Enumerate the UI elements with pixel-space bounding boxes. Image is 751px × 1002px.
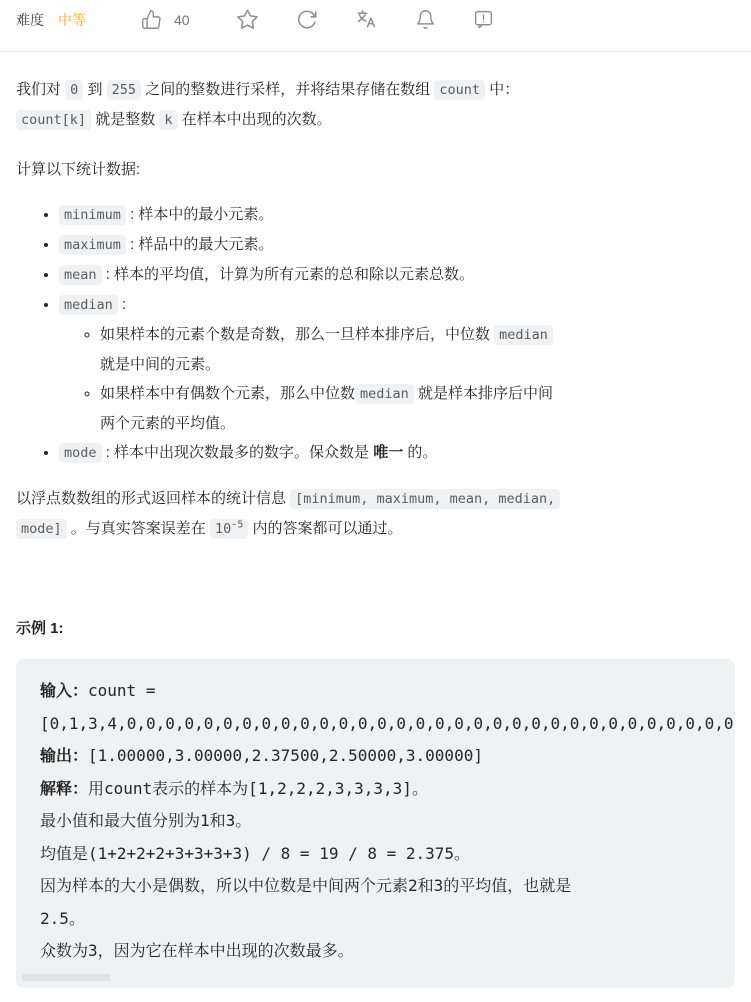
intro-text: 到 (83, 81, 106, 98)
code-text: [0,1,3,4,0,0,0,0,0,0,0,0,0,0,0,0,0,0,0,0… (40, 714, 735, 733)
difficulty-badge[interactable]: 中等 (58, 10, 86, 30)
intro-paragraph: 我们对 0 到 255 之间的整数进行采样，并将结果存储在数组 count 中：… (16, 75, 735, 135)
inline-code-return-array-part2: mode] (16, 519, 67, 539)
code-text: 众数为3，因为它在样本中出现的次数最多。 (40, 941, 354, 960)
code-line-mean: 均值是(1+2+2+2+3+3+3+3) / 8 = 19 / 8 = 2.37… (40, 838, 711, 871)
feedback-button[interactable] (473, 9, 494, 30)
list-item-maximum: maximum : 样品中的最大元素。 (59, 230, 735, 260)
translate-button[interactable] (355, 8, 378, 31)
problem-topbar: 难度 中等 40 (0, 0, 751, 52)
inline-code-mode: mode (59, 443, 102, 463)
like-button[interactable]: 40 (141, 9, 190, 30)
return-text: 。与真实答案误差在 (67, 520, 210, 537)
unique-bold-text: 唯一 (373, 444, 403, 461)
code-text: count = (88, 681, 165, 700)
list-item-text: 的。 (403, 444, 437, 461)
return-paragraph: 以浮点数数组的形式返回样本的统计信息 [minimum, maximum, me… (16, 484, 735, 544)
code-line-median-1: 因为样本的大小是偶数，所以中位数是中间两个元素2和3的平均值，也就是 (40, 870, 711, 903)
list-item-text: 如果样本中有偶数个元素，那么中位数 (100, 385, 355, 402)
code-line-minmax: 最小值和最大值分别为1和3。 (40, 805, 711, 838)
input-label: 输入： (40, 681, 88, 700)
inline-code-median: median (494, 325, 553, 345)
list-item-text: : 样本的平均值，计算为所有元素的总和除以元素总数。 (102, 266, 475, 283)
problem-description: 我们对 0 到 255 之间的整数进行采样，并将结果存储在数组 count 中：… (0, 75, 751, 1002)
favorite-button[interactable] (236, 8, 259, 31)
inline-code-median: median (355, 384, 414, 404)
list-item-text: : (118, 296, 126, 313)
inline-code-maximum: maximum (59, 235, 126, 255)
intro-text: 中： (485, 81, 519, 98)
inline-code-0: 0 (65, 80, 83, 100)
inline-code-tolerance: 10-5 (210, 519, 248, 539)
inline-code-mean: mean (59, 265, 102, 285)
star-icon (236, 8, 259, 31)
refresh-icon (296, 9, 318, 31)
horizontal-scrollbar-thumb[interactable] (22, 974, 110, 981)
list-item-text: 两个元素的平均值。 (100, 415, 235, 432)
return-text: 内的答案都可以通过。 (248, 520, 402, 537)
code-line-explanation: 解释：用count表示的样本为[1,2,2,2,3,3,3,3]。 (40, 773, 711, 806)
feedback-icon (473, 9, 494, 30)
inline-code-minimum: minimum (59, 205, 126, 225)
code-line-mode: 众数为3，因为它在样本中出现的次数最多。 (40, 935, 711, 968)
inline-code-count-k: count[k] (16, 110, 91, 130)
list-item-mean: mean : 样本的平均值，计算为所有元素的总和除以元素总数。 (59, 260, 735, 290)
stats-list: minimum : 样本中的最小元素。 maximum : 样品中的最大元素。 … (16, 200, 735, 468)
inline-code-median: median (59, 295, 118, 315)
intro-text: 之间的整数进行采样，并将结果存储在数组 (141, 81, 434, 98)
example-1-code-block: 输入：count = [0,1,3,4,0,0,0,0,0,0,0,0,0,0,… (16, 659, 735, 988)
tolerance-exponent: -5 (231, 520, 243, 531)
list-item-text: : 样本中出现次数最多的数字。保众数是 (102, 444, 374, 461)
code-line-input: 输入：count = (40, 675, 711, 708)
difficulty-label: 难度 (16, 10, 44, 30)
list-item-median: median : 如果样本的元素个数是奇数，那么一旦样本排序后，中位数 medi… (59, 290, 735, 438)
notifications-button[interactable] (415, 9, 436, 30)
code-text: 因为样本的大小是偶数，所以中位数是中间两个元素2和3的平均值，也就是 (40, 876, 571, 895)
median-sublist: 如果样本的元素个数是奇数，那么一旦样本排序后，中位数 median就是中间的元素… (59, 320, 735, 438)
bottom-spacer (16, 988, 735, 1002)
list-item-text: : 样品中的最大元素。 (126, 236, 274, 253)
code-line-output: 输出：[1.00000,3.00000,2.37500,2.50000,3.00… (40, 740, 711, 773)
stats-intro: 计算以下统计数据: (16, 155, 735, 184)
code-text: 均值是(1+2+2+2+3+3+3+3) / 8 = 19 / 8 = 2.37… (40, 844, 470, 863)
inline-code-return-array-part1: [minimum, maximum, mean, median, (290, 489, 560, 509)
example-1-heading: 示例 1: (16, 614, 735, 643)
inline-code-k: k (159, 110, 177, 130)
refresh-button[interactable] (296, 9, 318, 31)
inline-code-255: 255 (107, 80, 141, 100)
code-text: 用count表示的样本为[1,2,2,2,3,3,3,3]。 (88, 779, 428, 798)
list-item-text: 如果样本的元素个数是奇数，那么一旦样本排序后，中位数 (100, 326, 494, 343)
like-count: 40 (174, 12, 190, 28)
intro-text: 我们对 (16, 81, 65, 98)
thumbs-up-icon (141, 9, 162, 30)
list-item-text: 就是中间的元素。 (100, 356, 220, 373)
bell-icon (415, 9, 436, 30)
intro-text: 就是整数 (91, 111, 159, 128)
explanation-label: 解释： (40, 779, 88, 798)
output-label: 输出： (40, 746, 88, 765)
list-item-median-even: 如果样本中有偶数个元素，那么中位数median 就是样本排序后中间两个元素的平均… (100, 379, 735, 438)
list-item-median-odd: 如果样本的元素个数是奇数，那么一旦样本排序后，中位数 median就是中间的元素… (100, 320, 735, 379)
list-item-text: : 样本中的最小元素。 (126, 206, 274, 223)
translate-icon (355, 8, 378, 31)
list-item-minimum: minimum : 样本中的最小元素。 (59, 200, 735, 230)
intro-text: 在样本中出现的次数。 (178, 111, 332, 128)
code-text: 最小值和最大值分别为1和3。 (40, 811, 251, 830)
return-text: 以浮点数数组的形式返回样本的统计信息 (16, 490, 290, 507)
code-text: 2.5。 (40, 909, 85, 928)
inline-code-count: count (434, 80, 485, 100)
tolerance-base: 10 (215, 521, 231, 537)
problem-page: 难度 中等 40 (0, 0, 751, 1002)
code-line-count-array: [0,1,3,4,0,0,0,0,0,0,0,0,0,0,0,0,0,0,0,0… (40, 708, 711, 741)
code-text: [1.00000,3.00000,2.37500,2.50000,3.00000… (88, 746, 483, 765)
list-item-text: 就是样本排序后中间 (414, 385, 553, 402)
code-line-median-2: 2.5。 (40, 903, 711, 936)
list-item-mode: mode : 样本中出现次数最多的数字。保众数是 唯一 的。 (59, 438, 735, 468)
